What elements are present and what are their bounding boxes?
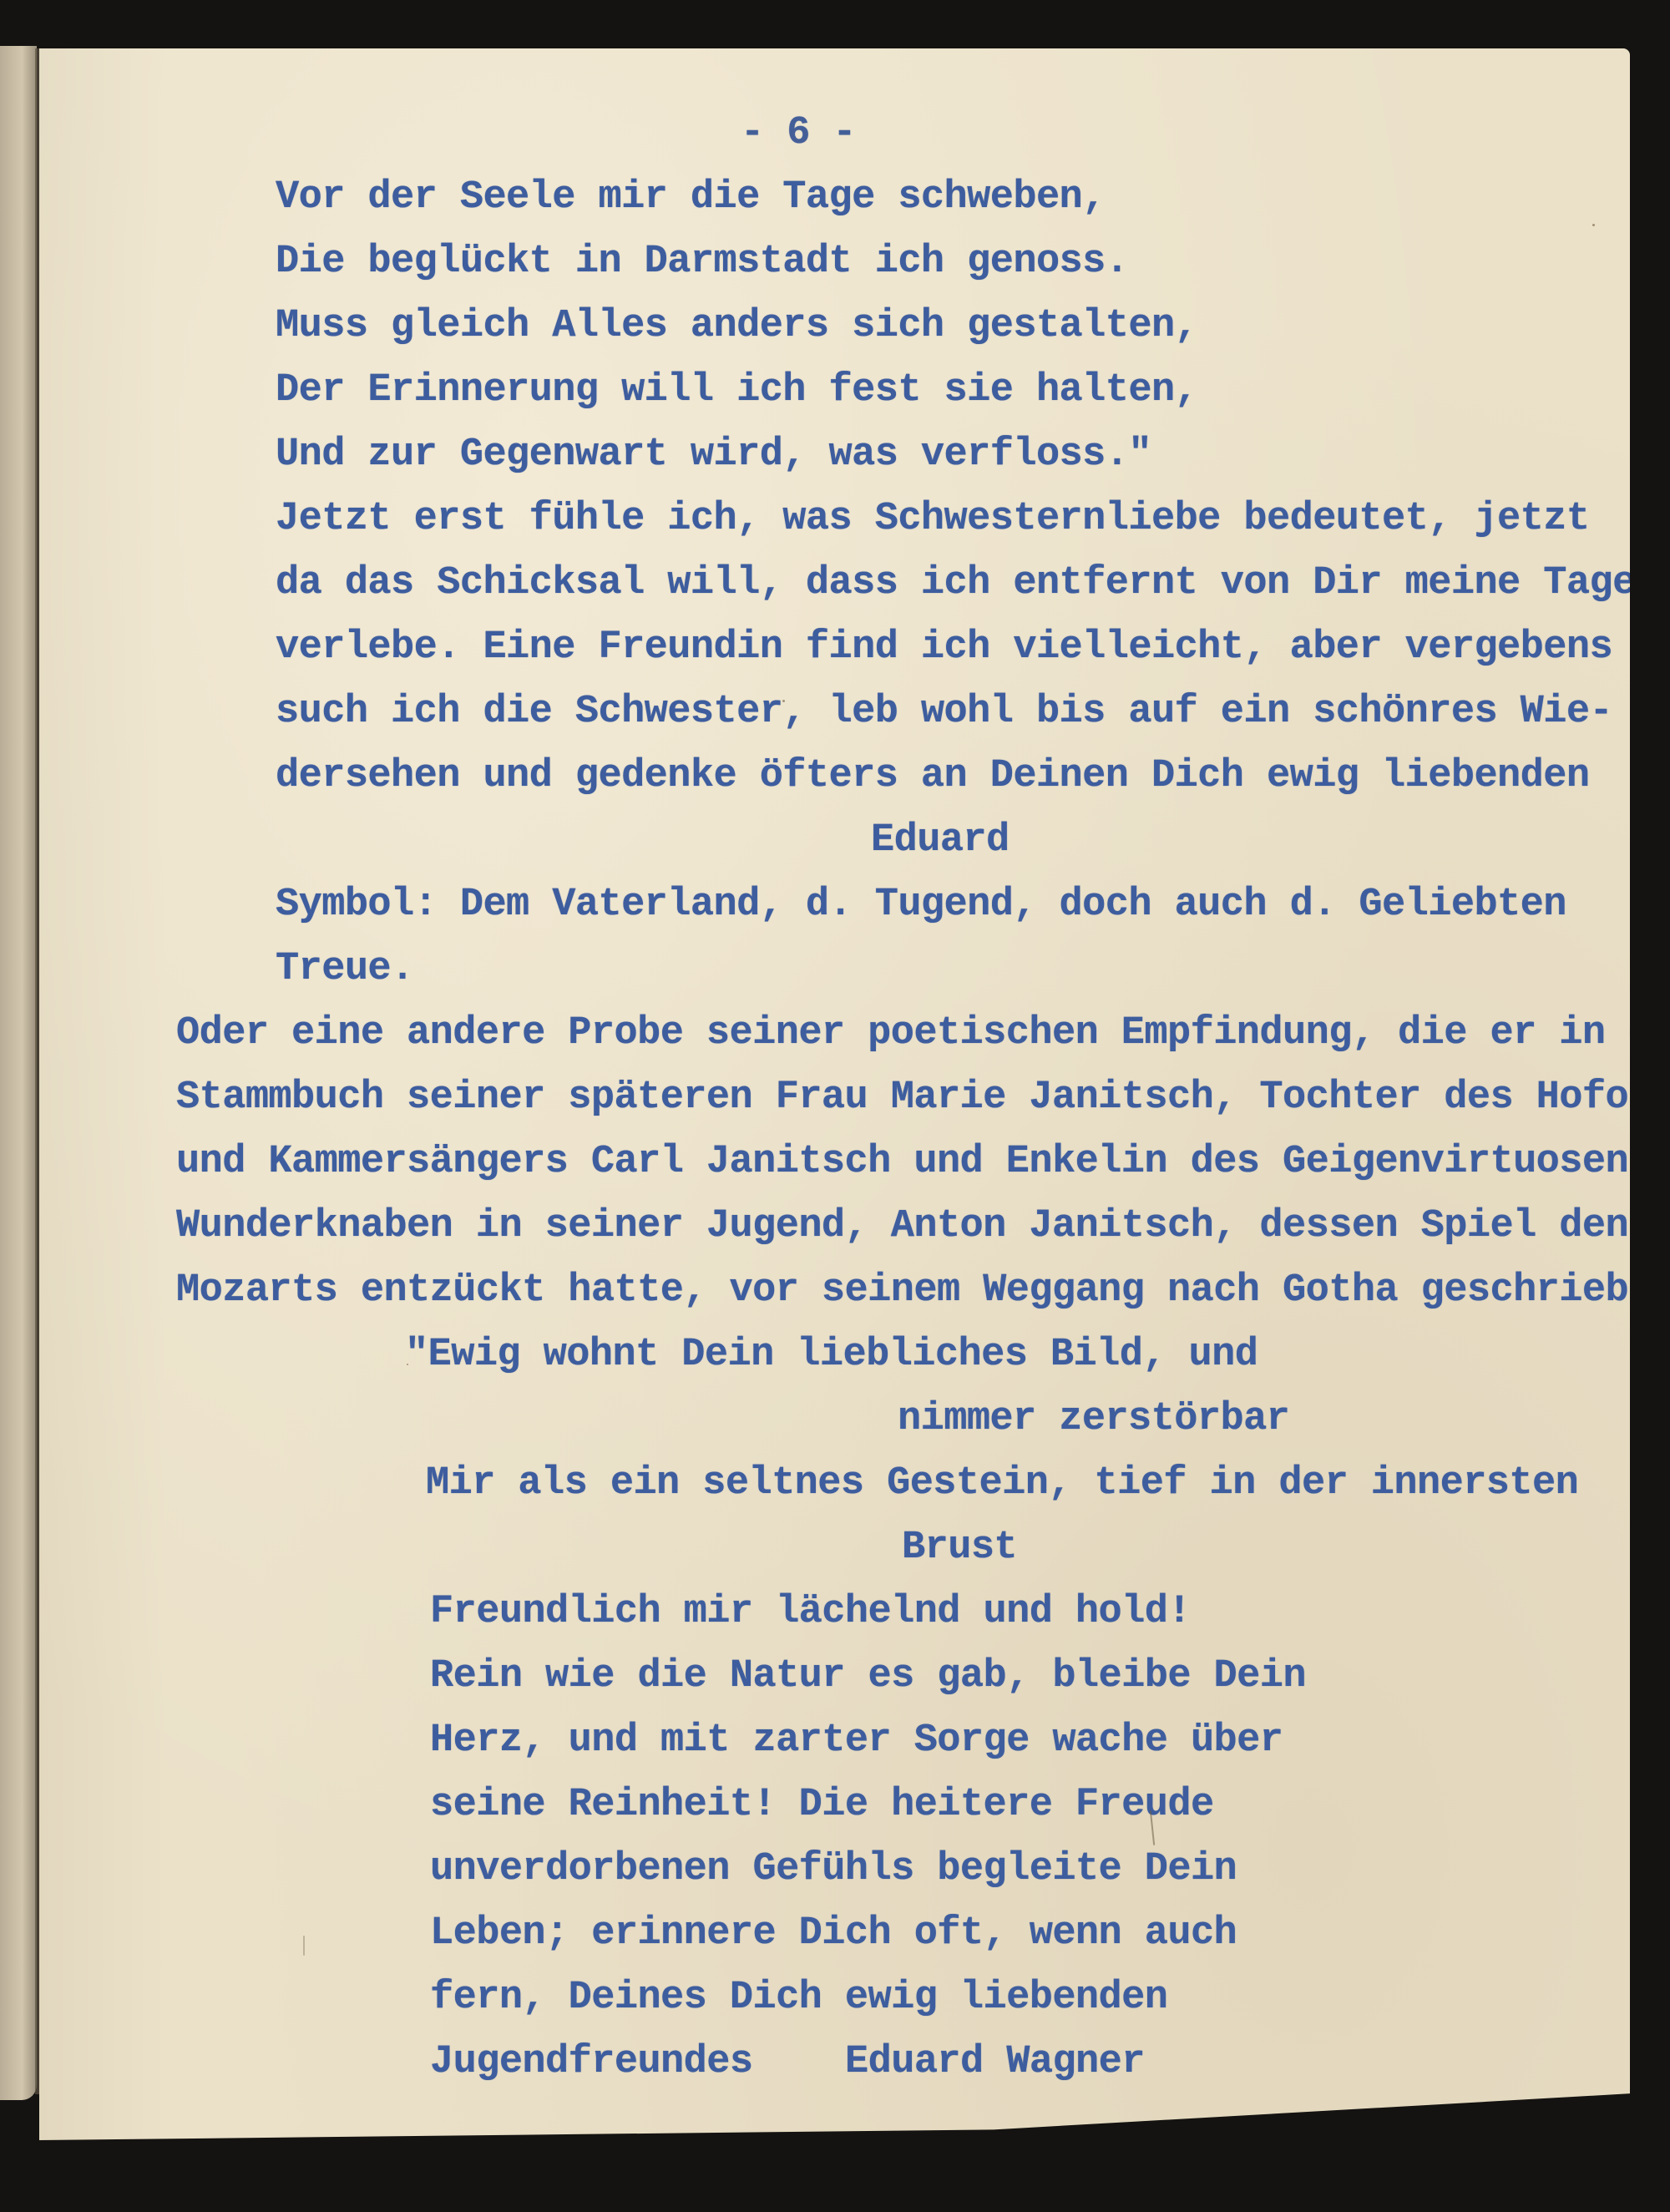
typewritten-page: - 6 - Vor der Seele mir die Tage schwebe…: [39, 48, 1630, 2168]
poem-2-line: unverdorbenen Gefühls begleite Dein: [430, 1850, 1237, 1889]
poem-2-line: nimmer zerstörbar: [898, 1400, 1289, 1439]
paper-speck: [1592, 224, 1595, 226]
symbol-line: Treue.: [276, 949, 414, 989]
poem-1-line: Vor der Seele mir die Tage schweben,: [276, 178, 1106, 217]
poem-2-line: Herz, und mit zarter Sorge wache über: [430, 1721, 1283, 1760]
letter-line: such ich die Schwester, leb wohl bis auf…: [276, 692, 1612, 731]
poem-1-line: Und zur Gegenwart wird, was verfloss.": [276, 435, 1151, 474]
poem-2-line: Leben; erinnere Dich oft, wenn auch: [430, 1914, 1237, 1953]
poem-2-line: fern, Deines Dich ewig liebenden: [430, 1978, 1167, 2017]
poem-1-line: Muss gleich Alles anders sich gestalten,: [276, 306, 1197, 346]
poem-2-line: Rein wie die Natur es gab, bleibe Dein: [430, 1657, 1306, 1696]
letter-line: dersehen und gedenke öfters an Deinen Di…: [276, 757, 1589, 796]
poem-2-closing: Jugendfreundes: [430, 2042, 752, 2082]
poem-1-line: Der Erinnerung will ich fest sie halten,: [276, 371, 1197, 410]
narrative-line: Stammbuch seiner späteren Frau Marie Jan…: [176, 1078, 1670, 1117]
poem-2-signature: Eduard Wagner: [845, 2042, 1145, 2082]
narrative-line: Mozarts entzückt hatte, vor seinem Wegga…: [176, 1271, 1670, 1310]
poem-2-line: Mir als ein seltnes Gestein, tief in der…: [426, 1464, 1578, 1503]
paper-scratch: [303, 1936, 305, 1956]
symbol-line: Symbol: Dem Vaterland, d. Tugend, doch a…: [276, 885, 1566, 924]
poem-2-line: seine Reinheit! Die heitere Freude: [430, 1785, 1214, 1825]
letter-line: verlebe. Eine Freundin find ich vielleic…: [276, 628, 1612, 667]
letter-line: Jetzt erst fühle ich, was Schwesternlieb…: [276, 499, 1589, 539]
narrative-line: und Kammersängers Carl Janitsch und Enke…: [176, 1142, 1670, 1182]
poem-2-line: Freundlich mir lächelnd und hold!: [430, 1592, 1191, 1632]
letter-line: da das Schicksal will, dass ich entfernt…: [276, 564, 1636, 603]
paper-speck: [407, 1364, 408, 1365]
letter-signature: Eduard: [871, 821, 1010, 860]
poem-2-line: Brust: [902, 1528, 1017, 1567]
paper-speck: [782, 700, 785, 702]
narrative-line: Wunderknaben in seiner Jugend, Anton Jan…: [176, 1207, 1670, 1246]
poem-1-line: Die beglückt in Darmstadt ich genoss.: [276, 242, 1128, 281]
narrative-line: Oder eine andere Probe seiner poetischen…: [176, 1014, 1670, 1053]
poem-2-line: "Ewig wohnt Dein liebliches Bild, und: [405, 1335, 1258, 1374]
left-page-edge: [0, 46, 37, 2100]
page-number: - 6 -: [741, 114, 856, 153]
